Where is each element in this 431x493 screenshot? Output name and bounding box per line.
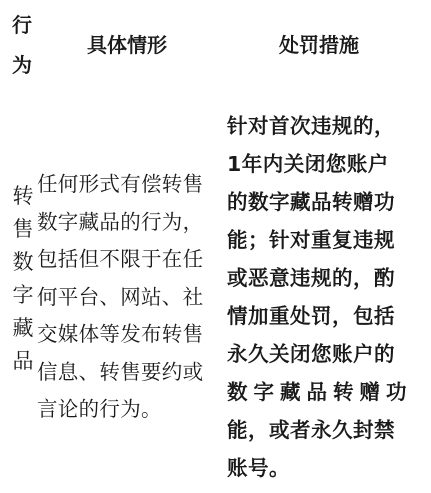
header-behavior-char: 行 bbox=[12, 13, 34, 53]
details-line: 包括但不限于在任 bbox=[37, 241, 229, 279]
penalty-line: 永久关闭您账户的 bbox=[227, 335, 427, 373]
cell-penalty: 针对首次违规的， 1年内关闭您账户 的数字藏品转赠功 能；针对重复违规 或恶意违… bbox=[227, 107, 427, 487]
penalty-line: 数字藏品转赠功 bbox=[227, 373, 427, 411]
behavior-char: 品 bbox=[12, 345, 34, 378]
header-behavior-char: 为 bbox=[12, 53, 34, 93]
penalty-line: 或恶意违规的，酌 bbox=[227, 259, 427, 297]
behavior-char: 数 bbox=[12, 246, 34, 279]
cell-details: 任何形式有偿转售 数字藏品的行为， 包括但不限于在任 何平台、网站、社 交媒体等… bbox=[37, 166, 229, 429]
details-line: 数字藏品的行为， bbox=[37, 204, 229, 242]
details-line: 信息、转售要约或 bbox=[37, 354, 229, 392]
behavior-char: 转 bbox=[12, 180, 34, 213]
cell-behavior: 转 售 数 字 藏 品 bbox=[12, 180, 34, 378]
header-penalty: 处罚措施 bbox=[279, 33, 359, 57]
penalty-line: 情加重处罚，包括 bbox=[227, 297, 427, 335]
penalty-line: 针对首次违规的， bbox=[227, 107, 427, 145]
penalty-line: 能，或者永久封禁 bbox=[227, 411, 427, 449]
behavior-char: 字 bbox=[12, 279, 34, 312]
penalty-line: 的数字藏品转赠功 bbox=[227, 183, 427, 221]
behavior-char: 藏 bbox=[12, 312, 34, 345]
penalty-line: 1年内关闭您账户 bbox=[227, 145, 427, 183]
penalty-line: 账号。 bbox=[227, 449, 427, 487]
details-line: 何平台、网站、社 bbox=[37, 279, 229, 317]
details-line: 言论的行为。 bbox=[37, 391, 229, 429]
header-details: 具体情形 bbox=[87, 33, 167, 57]
header-behavior: 行 为 bbox=[12, 13, 34, 93]
penalty-line: 能；针对重复违规 bbox=[227, 221, 427, 259]
details-line: 任何形式有偿转售 bbox=[37, 166, 229, 204]
behavior-char: 售 bbox=[12, 213, 34, 246]
details-line: 交媒体等发布转售 bbox=[37, 316, 229, 354]
